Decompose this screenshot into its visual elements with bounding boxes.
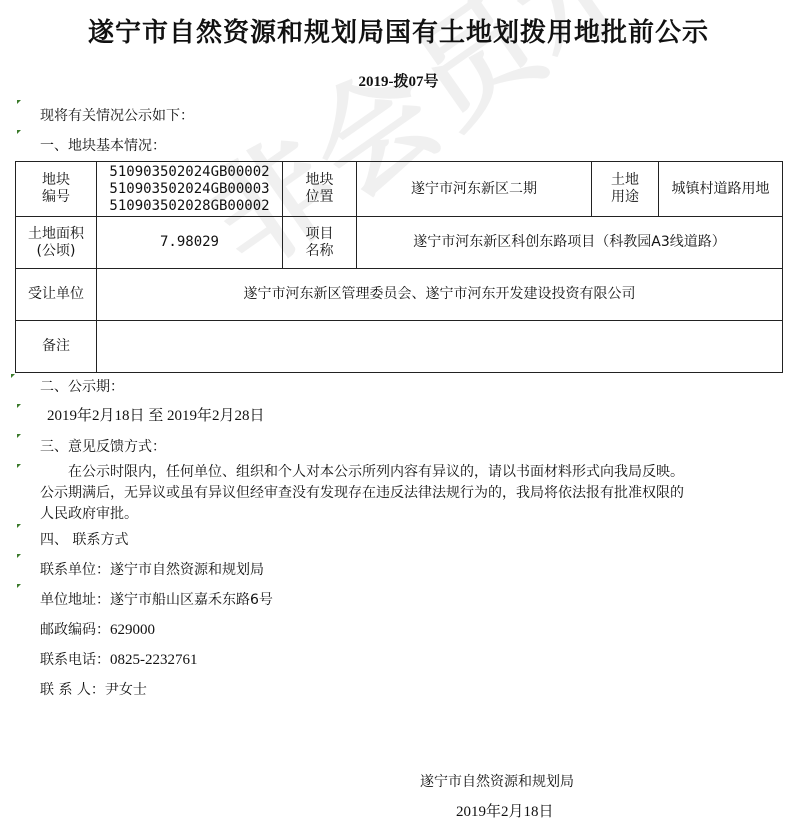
- table-row: 受让单位 遂宁市河东新区管理委员会、遂宁市河东开发建设投资有限公司: [16, 269, 783, 321]
- contact-postcode: 邮政编码：629000: [40, 621, 155, 639]
- parcel-numbers-cell: 510903502024GB00002 510903502024GB00003 …: [97, 162, 283, 217]
- paragraph-marker-icon: [17, 404, 21, 408]
- document-number: 2019-拨07号: [0, 70, 797, 91]
- contact-value: 0825-2232761: [110, 652, 198, 668]
- contact-address: 单位地址：遂宁市船山区嘉禾东路6号: [40, 591, 273, 609]
- feedback-paragraph: 在公示时限内，任何单位、组织和个人对本公示所列内容有异议的，请以书面材料形式向我…: [40, 462, 690, 525]
- contact-value: 遂宁市自然资源和规划局: [110, 562, 264, 578]
- contact-phone: 联系电话：0825-2232761: [40, 651, 198, 669]
- table-row: 地块 编号 510903502024GB00002 510903502024GB…: [16, 162, 783, 217]
- land-use-label: 土地 用途: [592, 162, 659, 217]
- remarks-label: 备注: [16, 321, 97, 373]
- remarks-value: [97, 321, 783, 373]
- contact-unit: 联系单位：遂宁市自然资源和规划局: [40, 561, 264, 579]
- contact-value: 629000: [110, 622, 155, 638]
- parcel-number: 510903502024GB00003: [101, 181, 278, 198]
- paragraph-marker-icon: [17, 554, 21, 558]
- paragraph-marker-icon: [17, 584, 21, 588]
- paragraph-marker-icon: [17, 524, 21, 528]
- label-line: 名称: [287, 243, 352, 260]
- label-line: 地块: [20, 172, 92, 189]
- table-row: 土地面积 (公顷) 7.98029 项目 名称 遂宁市河东新区科创东路项目（科教…: [16, 217, 783, 269]
- document-title: 遂宁市自然资源和规划局国有土地划拨用地批前公示: [0, 12, 797, 49]
- location-value: 遂宁市河东新区二期: [357, 162, 592, 217]
- label-line: 地块: [287, 172, 352, 189]
- land-use-value: 城镇村道路用地: [659, 162, 783, 217]
- signature-organization: 遂宁市自然资源和规划局: [420, 771, 574, 791]
- location-label: 地块 位置: [283, 162, 357, 217]
- paragraph-marker-icon: [17, 100, 21, 104]
- contact-label: 单位地址：: [40, 592, 110, 608]
- label-line: (公顷): [20, 243, 92, 260]
- parcel-number-label: 地块 编号: [16, 162, 97, 217]
- paragraph-marker-icon: [17, 130, 21, 134]
- project-name-value: 遂宁市河东新区科创东路项目（科教园A3线道路）: [357, 217, 783, 269]
- signature-date: 2019年2月18日: [456, 800, 554, 821]
- transferee-label: 受让单位: [16, 269, 97, 321]
- transferee-value: 遂宁市河东新区管理委员会、遂宁市河东开发建设投资有限公司: [97, 269, 783, 321]
- parcel-info-table: 地块 编号 510903502024GB00002 510903502024GB…: [15, 161, 783, 373]
- intro-text: 现将有关情况公示如下：: [40, 107, 194, 125]
- project-name-label: 项目 名称: [283, 217, 357, 269]
- paragraph-marker-icon: [17, 434, 21, 438]
- parcel-number: 510903502028GB00002: [101, 198, 278, 215]
- section4-heading: 四、 联系方式: [40, 531, 128, 549]
- table-row: 备注: [16, 321, 783, 373]
- contact-label: 联系电话：: [40, 652, 110, 668]
- section2-heading: 二、公示期：: [40, 378, 124, 396]
- contact-label: 邮政编码：: [40, 622, 110, 638]
- area-value: 7.98029: [97, 217, 283, 269]
- contact-person: 联 系 人：尹女士: [40, 681, 147, 699]
- contact-label: 联 系 人：: [40, 682, 105, 698]
- area-label: 土地面积 (公顷): [16, 217, 97, 269]
- publicity-period: 2019年2月18日 至 2019年2月28日: [47, 407, 265, 425]
- parcel-number: 510903502024GB00002: [101, 164, 278, 181]
- label-line: 土地: [596, 172, 654, 189]
- label-line: 编号: [20, 189, 92, 206]
- contact-value: 尹女士: [105, 682, 147, 698]
- paragraph-marker-icon: [17, 464, 21, 468]
- contact-value: 遂宁市船山区嘉禾东路6号: [110, 592, 273, 608]
- label-line: 土地面积: [20, 226, 92, 243]
- label-line: 项目: [287, 226, 352, 243]
- paragraph-marker-icon: [11, 374, 15, 378]
- section1-heading: 一、地块基本情况：: [40, 137, 166, 155]
- label-line: 用途: [596, 189, 654, 206]
- contact-label: 联系单位：: [40, 562, 110, 578]
- section3-heading: 三、意见反馈方式：: [40, 438, 166, 456]
- label-line: 位置: [287, 189, 352, 206]
